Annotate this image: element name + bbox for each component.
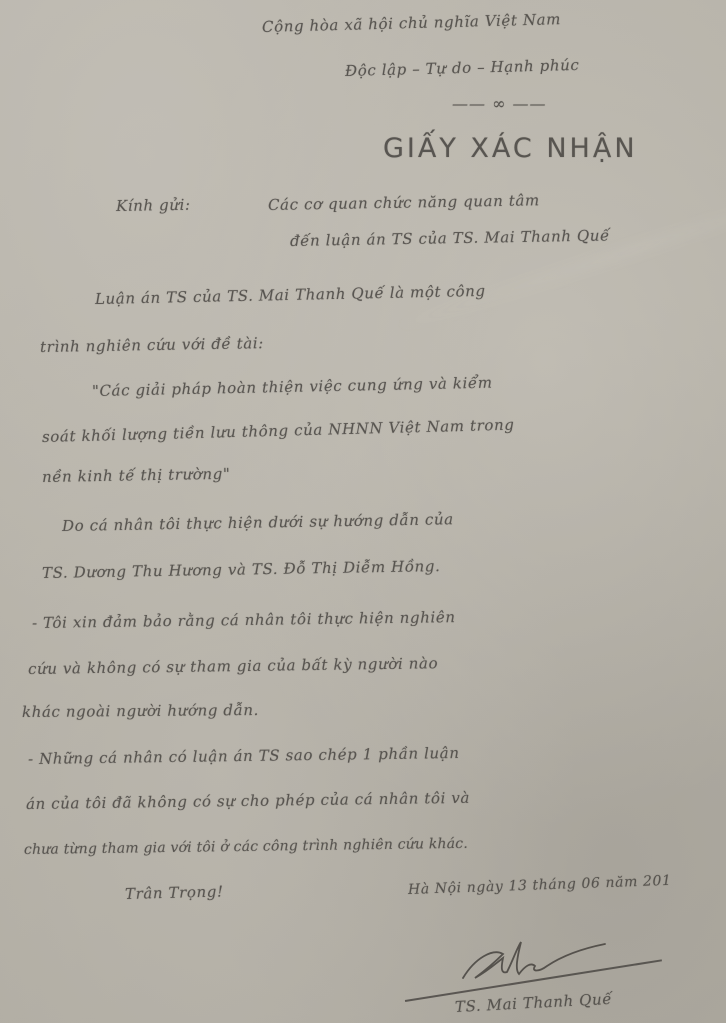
body-p2-line-1: Do cá nhân tôi thực hiện dưới sự hướng d… (62, 510, 454, 535)
closing-text: Trân Trọng! (125, 882, 224, 903)
document-title: GIẤY XÁC NHẬN (383, 133, 638, 164)
signer-name: TS. Mai Thanh Quế (455, 990, 613, 1016)
topic-line-3: nền kinh tế thị trường" (42, 465, 231, 486)
recipient-line-2: đến luận án TS của TS. Mai Thanh Quế (290, 226, 610, 250)
body-p4-line-1: - Những cá nhân có luận án TS sao chép 1… (28, 744, 460, 768)
recipient-label: Kính gửi: (116, 196, 191, 215)
place-date: Hà Nội ngày 13 tháng 06 năm 201 (408, 873, 672, 898)
body-p4-line-3: chưa từng tham gia với tôi ở các công tr… (24, 836, 468, 858)
signature-mark-icon (455, 930, 635, 990)
header-motto: Độc lập – Tự do – Hạnh phúc (345, 56, 580, 80)
body-p3-line-3: khác ngoài người hướng dẫn. (22, 701, 259, 721)
body-p3-line-2: cứu và không có sự tham gia của bất kỳ n… (28, 654, 438, 678)
body-p3-line-1: - Tôi xin đảm bảo rằng cá nhân tôi thực … (32, 608, 456, 632)
topic-line-2: soát khối lượng tiền lưu thông của NHNN … (42, 416, 515, 446)
topic-line-1: "Các giải pháp hoàn thiện việc cung ứng … (92, 374, 493, 400)
body-p1-line-2: trình nghiên cứu với đề tài: (40, 334, 264, 356)
header-national-title: Cộng hòa xã hội chủ nghĩa Việt Nam (262, 10, 561, 36)
header-divider: —— ∞ —— (452, 94, 547, 113)
letter-paper: Cộng hòa xã hội chủ nghĩa Việt Nam Độc l… (0, 0, 726, 1023)
recipient-line-1: Các cơ quan chức năng quan tâm (268, 191, 540, 214)
body-p4-line-2: án của tôi đã không có sự cho phép của c… (26, 789, 470, 813)
body-p2-line-2: TS. Dương Thu Hương và TS. Đỗ Thị Diễm H… (42, 557, 441, 582)
body-p1-line-1: Luận án TS của TS. Mai Thanh Quế là một … (95, 282, 486, 308)
